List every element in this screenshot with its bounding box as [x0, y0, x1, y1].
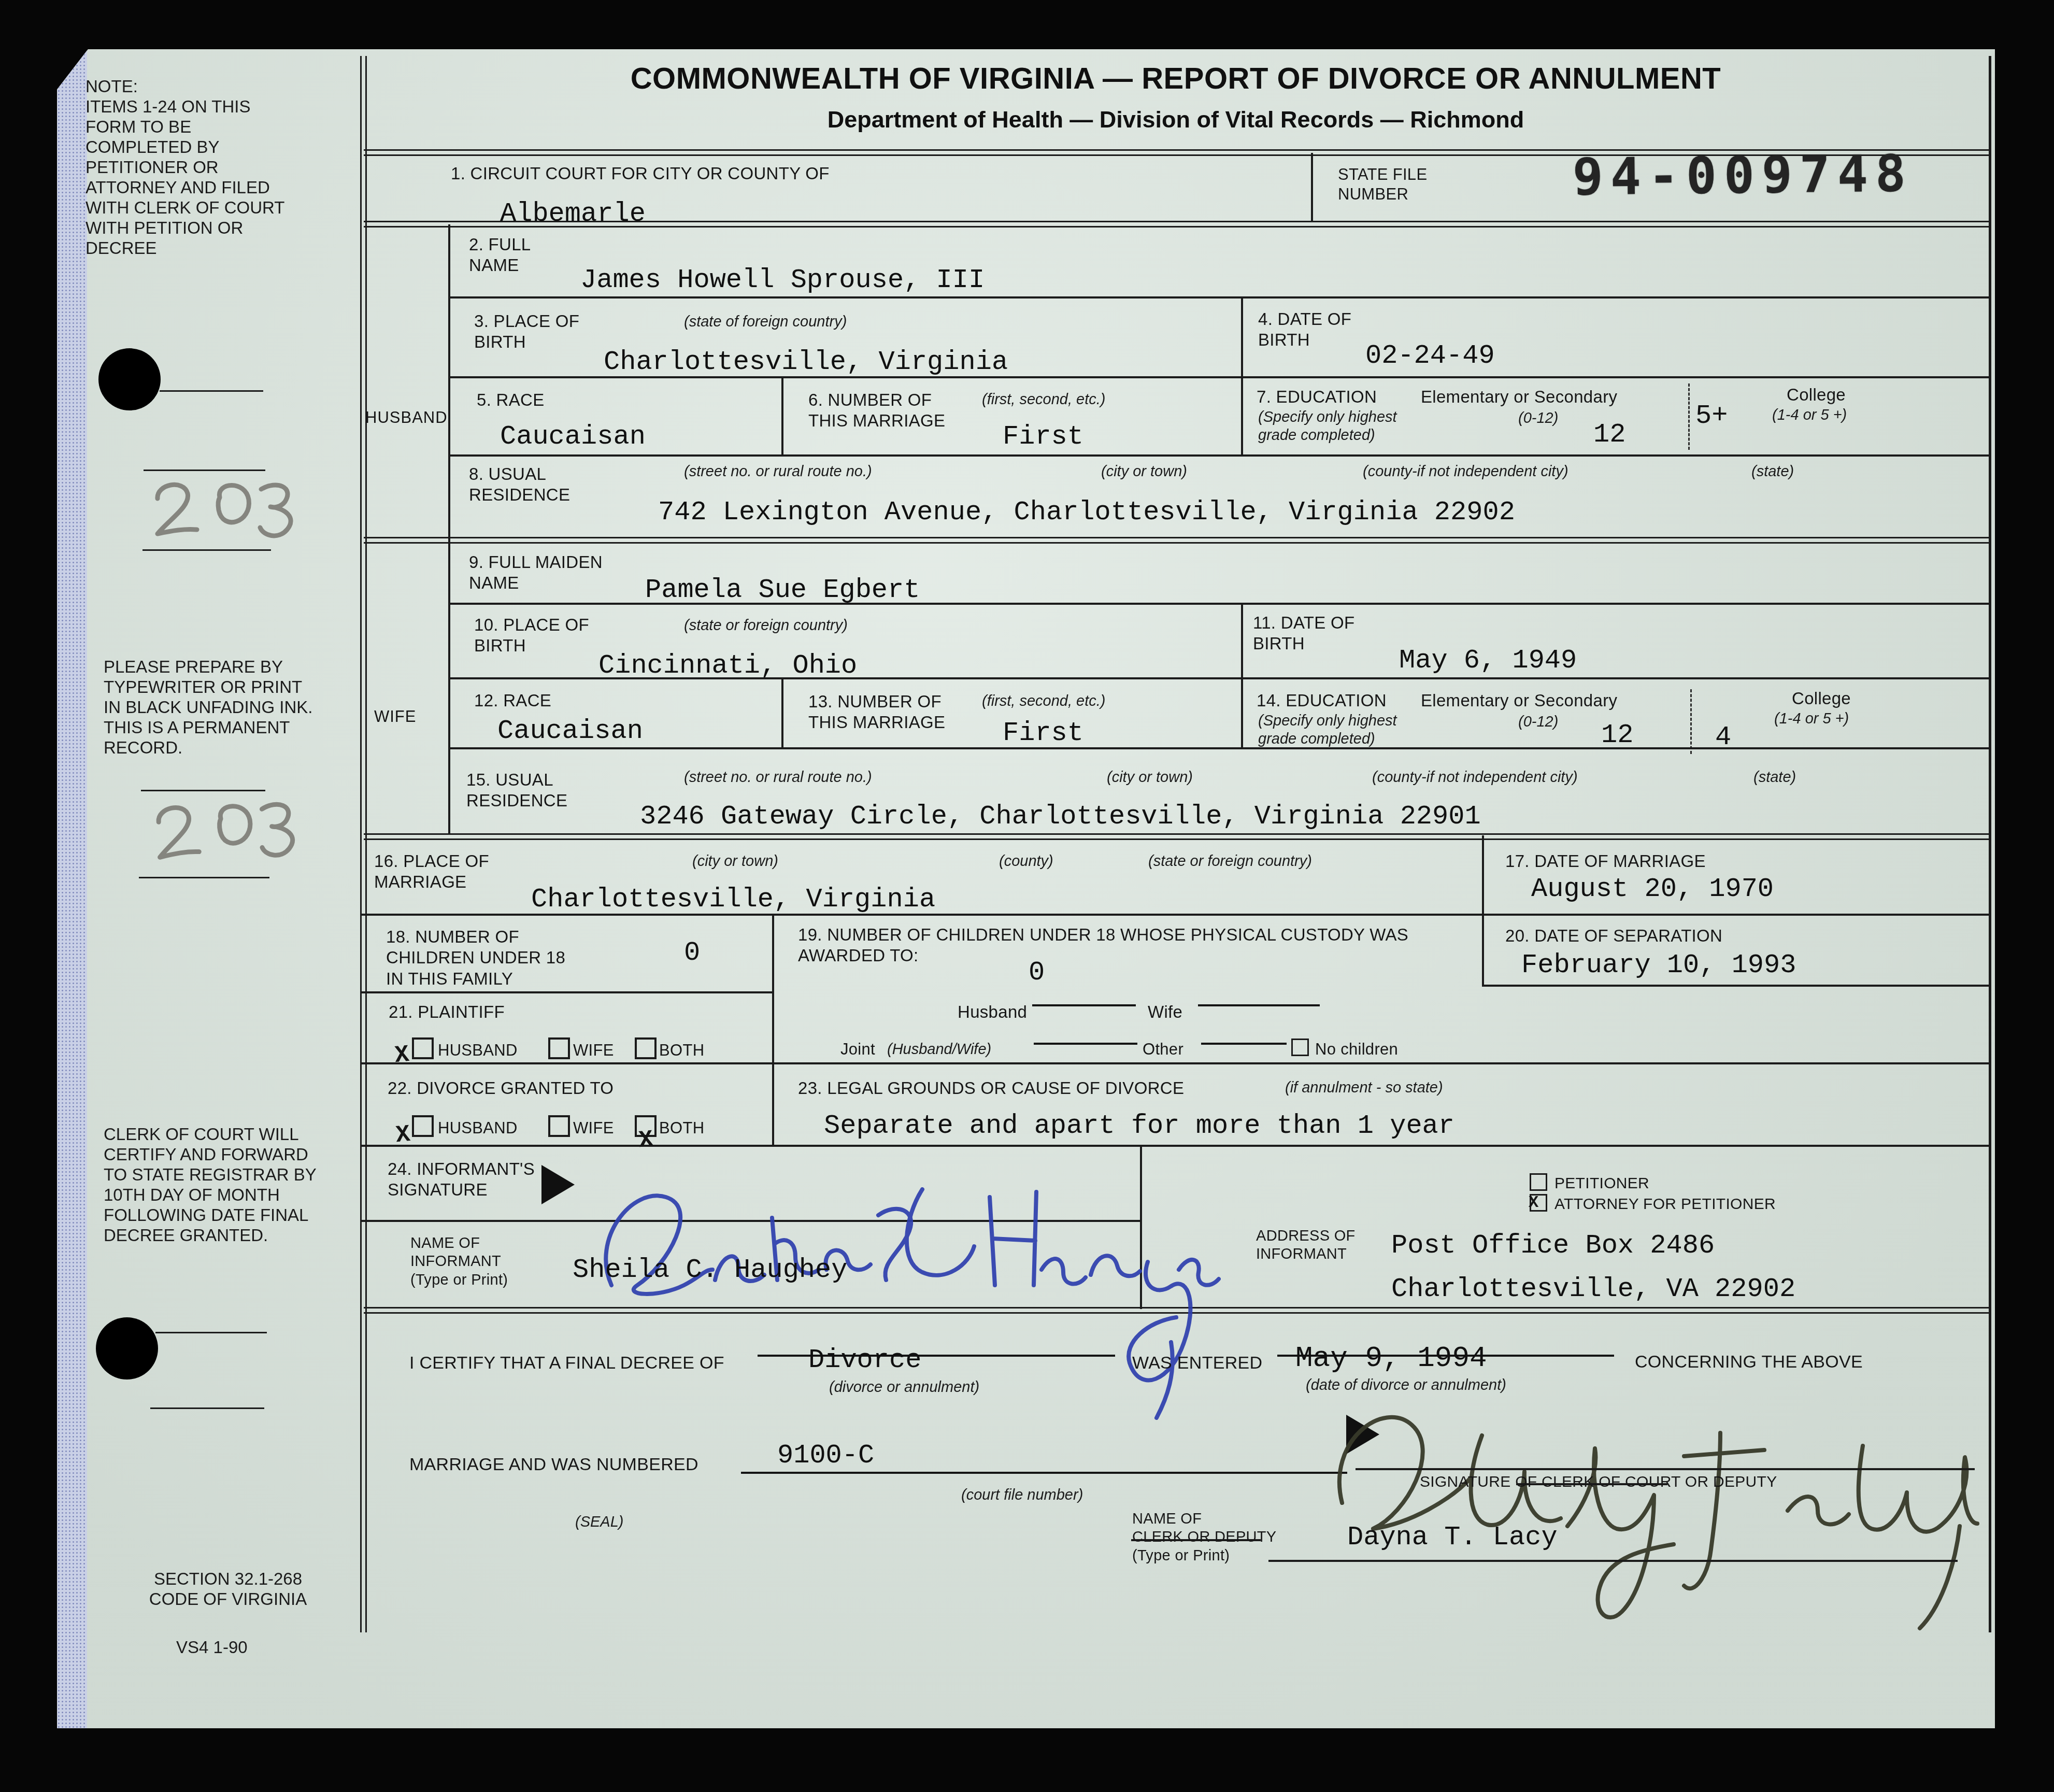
cell-divider	[1311, 153, 1313, 222]
punch-hole-bottom	[96, 1317, 158, 1379]
informant-address-value: Post Office Box 2486 Charlottesville, VA…	[1391, 1224, 1795, 1311]
informant-name-value: Sheila C. Haughey	[573, 1254, 848, 1286]
field-2-label: 2. FULL NAME	[469, 234, 531, 276]
cell-divider	[781, 677, 783, 747]
field-15-city-sublabel: (city or town)	[1107, 769, 1193, 787]
field-12-label: 12. RACE	[474, 690, 551, 711]
field-14-spec-label: (Specify only highest grade completed)	[1258, 712, 1397, 748]
pencil-page-number-203-top	[146, 478, 296, 545]
plaintiff-wife-checkbox	[548, 1037, 570, 1059]
plaintiff-wife-label: WIFE	[573, 1041, 614, 1060]
field-13-value: First	[1003, 717, 1083, 749]
clerk-name-line	[1268, 1560, 1958, 1562]
field-12-value: Caucaisan	[497, 715, 643, 747]
field-13-sublabel: (first, second, etc.)	[982, 692, 1106, 710]
certify-text: I CERTIFY THAT A FINAL DECREE OF	[409, 1353, 724, 1374]
pencil-page-number-203-middle	[147, 797, 299, 869]
row-rule	[360, 991, 772, 993]
field-24-label: 24. INFORMANT'S SIGNATURE	[388, 1159, 535, 1201]
field-19-wife-label: Wife	[1148, 1002, 1182, 1022]
blank-line	[741, 1472, 1347, 1474]
granted-husband-label: HUSBAND	[438, 1118, 518, 1138]
section-rule	[364, 537, 1989, 544]
section-rule	[364, 833, 1989, 840]
field-9-value: Pamela Sue Egbert	[645, 574, 920, 606]
field-20-label: 20. DATE OF SEPARATION	[1505, 926, 1722, 946]
field-5-value: Caucaisan	[500, 421, 646, 452]
row-rule	[1482, 985, 1989, 987]
field-2-value: James Howell Sprouse, III	[580, 264, 985, 296]
binding-edge-strip	[57, 49, 87, 1728]
form-subtitle: Department of Health — Division of Vital…	[360, 106, 1991, 133]
court-file-number-sublabel: (court file number)	[961, 1486, 1083, 1504]
blank-line	[1032, 1004, 1136, 1006]
field-14-college-value: 4	[1715, 721, 1731, 753]
plaintiff-husband-label: HUSBAND	[438, 1041, 518, 1060]
field-19-husband-label: Husband	[958, 1002, 1027, 1022]
margin-rule	[150, 1407, 264, 1409]
field-13-label: 13. NUMBER OF THIS MARRIAGE	[808, 691, 945, 733]
field-10-label: 10. PLACE OF BIRTH	[474, 615, 589, 657]
blank-line	[1201, 1043, 1287, 1045]
no-children-checkbox	[1291, 1039, 1309, 1056]
petitioner-checkbox	[1530, 1173, 1547, 1191]
education-college-divider	[1690, 689, 1692, 754]
field-21-label: 21. PLAINTIFF	[389, 1002, 505, 1022]
field-17-value: August 20, 1970	[1531, 873, 1774, 905]
margin-note-filing: NOTE: ITEMS 1-24 ON THIS FORM TO BE COMP…	[85, 77, 355, 258]
field-4-value: 02-24-49	[1365, 340, 1495, 372]
row-rule	[360, 1062, 1989, 1064]
cell-divider	[781, 376, 783, 454]
blank-line	[1034, 1043, 1137, 1045]
field-14-elementary-label: Elementary or Secondary	[1421, 690, 1617, 711]
field-15-county-sublabel: (county-if not independent city)	[1372, 769, 1578, 787]
clerk-signature-line	[1356, 1468, 1975, 1470]
field-7-college-label: College	[1787, 385, 1846, 405]
field-11-value: May 6, 1949	[1399, 645, 1577, 676]
field-22-label: 22. DIVORCE GRANTED TO	[388, 1078, 614, 1099]
field-15-label: 15. USUAL RESIDENCE	[466, 770, 567, 812]
attorney-x-mark: X	[1529, 1193, 1538, 1212]
plaintiff-both-label: BOTH	[659, 1041, 704, 1060]
field-14-label: 14. EDUCATION	[1257, 690, 1387, 711]
punch-hole-top	[98, 348, 161, 410]
field-16-label: 16. PLACE OF MARRIAGE	[374, 851, 489, 893]
field-4-label: 4. DATE OF BIRTH	[1258, 309, 1351, 351]
plaintiff-husband-x-mark: X	[394, 1041, 410, 1069]
field-14-elementary-range: (0-12)	[1518, 713, 1558, 731]
cell-divider	[772, 914, 774, 1145]
state-file-label: STATE FILE NUMBER	[1338, 165, 1427, 204]
margin-rule	[141, 790, 265, 791]
strikethrough-mark	[1131, 1539, 1261, 1541]
field-5-label: 5. RACE	[477, 390, 544, 410]
row-rule	[448, 747, 1989, 749]
field-8-city-sublabel: (city or town)	[1101, 463, 1187, 481]
field-16-state-sublabel: (state or foreign country)	[1148, 852, 1312, 871]
field-1-label: 1. CIRCUIT COURT FOR CITY OR COUNTY OF	[451, 163, 830, 184]
side-label-divider	[448, 224, 450, 833]
field-19-joint-sublabel: (Husband/Wife)	[887, 1041, 991, 1059]
strikethrough-mark	[1516, 1483, 1667, 1485]
field-18-label: 18. NUMBER OF CHILDREN UNDER 18 IN THIS …	[386, 927, 565, 989]
field-19-no-children-label: No children	[1315, 1040, 1398, 1059]
plaintiff-both-checkbox	[635, 1037, 657, 1059]
field-10-value: Cincinnati, Ohio	[598, 650, 857, 681]
field-8-state-sublabel: (state)	[1751, 463, 1794, 481]
margin-rule	[142, 549, 271, 551]
granted-husband-checkbox	[412, 1115, 434, 1137]
field-10-sublabel: (state or foreign country)	[684, 617, 848, 635]
state-file-number-stamp: 94-009748	[1572, 145, 1913, 207]
field-3-label: 3. PLACE OF BIRTH	[474, 311, 579, 353]
field-15-street-sublabel: (street no. or rural route no.)	[684, 769, 872, 787]
margin-rule	[160, 390, 263, 392]
field-7-elementary-value: 12	[1593, 419, 1625, 450]
field-15-value: 3246 Gateway Circle, Charlottesville, Vi…	[640, 801, 1481, 832]
field-20-value: February 10, 1993	[1521, 949, 1796, 981]
margin-rule	[139, 877, 269, 878]
field-19-joint-label: Joint	[840, 1040, 875, 1059]
field-15-state-sublabel: (state)	[1753, 769, 1796, 787]
row-rule	[448, 296, 1989, 298]
field-7-elementary-label: Elementary or Secondary	[1421, 387, 1617, 407]
court-file-number-value: 9100-C	[777, 1440, 874, 1471]
clerk-name-value: Dayna T. Lacy	[1347, 1521, 1558, 1553]
blank-line	[1198, 1004, 1320, 1006]
field-19-other-label: Other	[1143, 1040, 1183, 1059]
row-rule	[448, 454, 1989, 457]
wife-side-label: WIFE	[374, 707, 417, 726]
field-14-college-label: College	[1792, 688, 1851, 709]
cell-divider	[1241, 296, 1243, 454]
field-14-elementary-value: 12	[1601, 719, 1633, 751]
granted-husband-x-mark: X	[395, 1121, 411, 1149]
field-3-value: Charlottesville, Virginia	[604, 346, 1008, 378]
clerk-name-label: NAME OF CLERK OR DEPUTY (Type or Print)	[1132, 1510, 1276, 1565]
field-8-label: 8. USUAL RESIDENCE	[469, 464, 570, 506]
form-left-border	[360, 56, 367, 1632]
field-1-value: Albemarle	[500, 198, 646, 230]
field-23-label: 23. LEGAL GROUNDS OR CAUSE OF DIVORCE	[798, 1078, 1184, 1099]
decree-type-value: Divorce	[808, 1344, 921, 1376]
field-16-county-sublabel: (county)	[999, 852, 1053, 871]
cell-divider	[1482, 835, 1484, 987]
decree-type-sublabel: (divorce or annulment)	[829, 1378, 979, 1397]
field-6-value: First	[1003, 421, 1083, 452]
field-7-college-value: 5+	[1695, 400, 1728, 432]
plaintiff-husband-checkbox	[412, 1037, 434, 1059]
margin-rule	[144, 470, 265, 471]
petitioner-label: PETITIONER	[1554, 1174, 1649, 1193]
field-3-sublabel: (state of foreign country)	[684, 313, 847, 331]
field-6-sublabel: (first, second, etc.)	[982, 391, 1106, 409]
field-7-spec-label: (Specify only highest grade completed)	[1258, 408, 1397, 445]
clerk-signature-label: SIGNATURE OF CLERK OF COURT OR DEPUTY	[1420, 1473, 1777, 1492]
field-19-label: 19. NUMBER OF CHILDREN UNDER 18 WHOSE PH…	[798, 925, 1408, 966]
field-8-value: 742 Lexington Avenue, Charlottesville, V…	[658, 496, 1515, 528]
form-right-border	[1989, 56, 1991, 1632]
field-11-label: 11. DATE OF BIRTH	[1253, 613, 1354, 655]
field-6-label: 6. NUMBER OF THIS MARRIAGE	[808, 390, 945, 432]
field-14-college-range: (1-4 or 5 +)	[1774, 710, 1849, 728]
field-18-value: 0	[684, 937, 700, 969]
form-title: COMMONWEALTH OF VIRGINIA — REPORT OF DIV…	[360, 61, 1991, 96]
margin-note-clerk: CLERK OF COURT WILL CERTIFY AND FORWARD …	[104, 1125, 373, 1246]
margin-form-code: VS4 1-90	[176, 1638, 248, 1658]
education-college-divider	[1688, 383, 1690, 450]
field-19-value: 0	[1029, 957, 1045, 988]
field-7-label: 7. EDUCATION	[1257, 387, 1377, 407]
numbered-text: MARRIAGE AND WAS NUMBERED	[409, 1454, 698, 1475]
cell-divider	[1241, 603, 1243, 747]
attorney-label: ATTORNEY FOR PETITIONER	[1554, 1195, 1776, 1214]
field-17-label: 17. DATE OF MARRIAGE	[1505, 851, 1706, 872]
margin-code-section: SECTION 32.1-268 CODE OF VIRGINIA	[106, 1569, 350, 1610]
field-16-city-sublabel: (city or town)	[692, 852, 778, 871]
margin-rule	[155, 1332, 267, 1333]
field-7-college-range: (1-4 or 5 +)	[1772, 406, 1847, 424]
field-16-value: Charlottesville, Virginia	[531, 884, 935, 915]
was-entered-text: WAS ENTERED	[1132, 1353, 1262, 1374]
field-23-sublabel: (if annulment - so state)	[1285, 1079, 1443, 1097]
field-9-label: 9. FULL MAIDEN NAME	[469, 552, 603, 594]
seal-label: (SEAL)	[575, 1513, 623, 1531]
informant-address-label: ADDRESS OF INFORMANT	[1256, 1227, 1356, 1264]
husband-side-label: HUSBAND	[365, 408, 448, 427]
field-8-street-sublabel: (street no. or rural route no.)	[684, 463, 872, 481]
field-7-elementary-range: (0-12)	[1518, 409, 1558, 428]
margin-note-typewriter: PLEASE PREPARE BY TYPEWRITER OR PRINT IN…	[104, 657, 363, 758]
field-8-county-sublabel: (county-if not independent city)	[1363, 463, 1568, 481]
informant-name-label: NAME OF INFORMANT (Type or Print)	[410, 1234, 508, 1289]
